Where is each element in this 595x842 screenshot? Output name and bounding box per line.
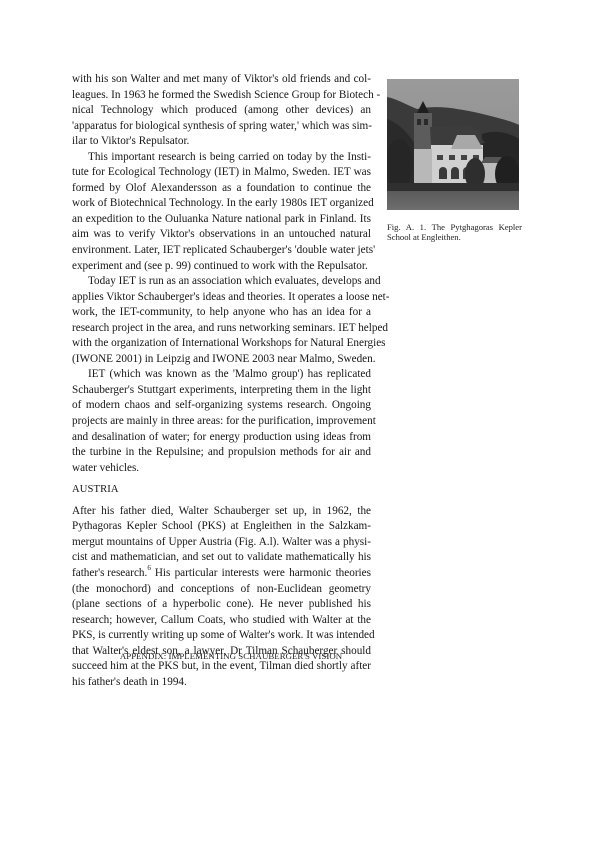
text-line: ilar to Viktor's Repulsator. bbox=[72, 134, 371, 150]
paragraph-austria: After his father died, Walter Schauberge… bbox=[72, 504, 371, 691]
text-line: work, the IET-community, to help anyone … bbox=[72, 305, 371, 321]
text-line: and desalination of water; for energy pr… bbox=[72, 430, 371, 446]
text-line-with-footnote: father's research.6 His particular inter… bbox=[72, 566, 371, 582]
building-photo-image bbox=[387, 79, 519, 210]
text-line: experiment and (see p. 99) continued to … bbox=[72, 259, 371, 275]
text-line: of modern chaos and self-organizing syst… bbox=[72, 398, 371, 414]
text-line: PKS, is currently writing up some of Wal… bbox=[72, 628, 371, 644]
figure-pks-photo bbox=[387, 79, 519, 210]
text-line: applies Viktor Schauberger's ideas and t… bbox=[72, 290, 371, 306]
text-line: 'apparatus for biological synthesis of s… bbox=[72, 119, 371, 135]
text-line: cist and mathematician, and set out to v… bbox=[72, 550, 371, 566]
text-line: with the organization of International W… bbox=[72, 336, 371, 352]
paragraph-iet-founding: This important research is being carried… bbox=[72, 150, 371, 274]
text-line: leagues. In 1963 he formed the Swedish S… bbox=[72, 88, 371, 104]
text-line: (plane sections of a hyperbolic cone). H… bbox=[72, 597, 371, 613]
text-line: the turbine in the Repulsine; and propul… bbox=[72, 445, 371, 461]
caption-line: School at Engleithen. bbox=[387, 232, 522, 242]
text-line: research; however, Callum Coats, who stu… bbox=[72, 613, 371, 629]
paragraph-iet-today: Today IET is run as an association which… bbox=[72, 274, 371, 367]
running-footer: APPENDIX: IMPLEMENTING SCHAUBERGER'S VIS… bbox=[72, 651, 390, 661]
text-line: (the monochord) and conceptions of non-E… bbox=[72, 582, 371, 598]
text-line: work of Biotechnical Technology. In the … bbox=[72, 196, 371, 212]
text-fragment: father's research. bbox=[72, 567, 147, 579]
paragraph-malmo-group: IET (which was known as the 'Malmo group… bbox=[72, 367, 371, 476]
text-line: mergut mountains of Upper Austria (Fig. … bbox=[72, 535, 371, 551]
text-line: (IWONE 2001) in Leipzig and IWONE 2003 n… bbox=[72, 352, 371, 368]
text-line: projects are mainly in three areas: for … bbox=[72, 414, 371, 430]
main-text-column: with his son Walter and met many of Vikt… bbox=[72, 72, 371, 690]
text-line: his father's death in 1994. bbox=[72, 675, 371, 691]
section-heading-austria: AUSTRIA bbox=[72, 482, 371, 498]
text-line: succeed him at the PKS but, in the event… bbox=[72, 659, 371, 675]
text-line: IET (which was known as the 'Malmo group… bbox=[72, 367, 371, 383]
text-line: with his son Walter and met many of Vikt… bbox=[72, 72, 371, 88]
paragraph-walter-visit: with his son Walter and met many of Vikt… bbox=[72, 72, 371, 150]
text-line: formed by Olof Alexandersson as a founda… bbox=[72, 181, 371, 197]
text-line: tute for Ecological Technology (IET) in … bbox=[72, 165, 371, 181]
text-fragment: His particular interests were harmonic t… bbox=[151, 566, 371, 582]
text-line: Today IET is run as an association which… bbox=[72, 274, 371, 290]
text-line: environment. Later, IET replicated Schau… bbox=[72, 243, 371, 259]
text-line: This important research is being carried… bbox=[72, 150, 371, 166]
figure-caption: Fig. A. 1. The Pytghagoras Kepler School… bbox=[387, 222, 522, 242]
text-line: nical Technology which produced (among o… bbox=[72, 103, 371, 119]
text-line: Pythagoras Kepler School (PKS) at Englei… bbox=[72, 519, 371, 535]
text-line: an expedition to the Ouluanka Nature nat… bbox=[72, 212, 371, 228]
text-line: aim was to verify Viktor's observations … bbox=[72, 227, 371, 243]
document-page: with his son Walter and met many of Vikt… bbox=[0, 0, 595, 842]
text-line: Schauberger's Stuttgart experiments, int… bbox=[72, 383, 371, 399]
text-line: water vehicles. bbox=[72, 461, 371, 477]
text-line: After his father died, Walter Schauberge… bbox=[72, 504, 371, 520]
caption-line: Fig. A. 1. The Pytghagoras Kepler bbox=[387, 222, 522, 232]
footnote-marker[interactable]: 6 bbox=[147, 564, 151, 572]
text-line: research project in the area, and runs n… bbox=[72, 321, 371, 337]
